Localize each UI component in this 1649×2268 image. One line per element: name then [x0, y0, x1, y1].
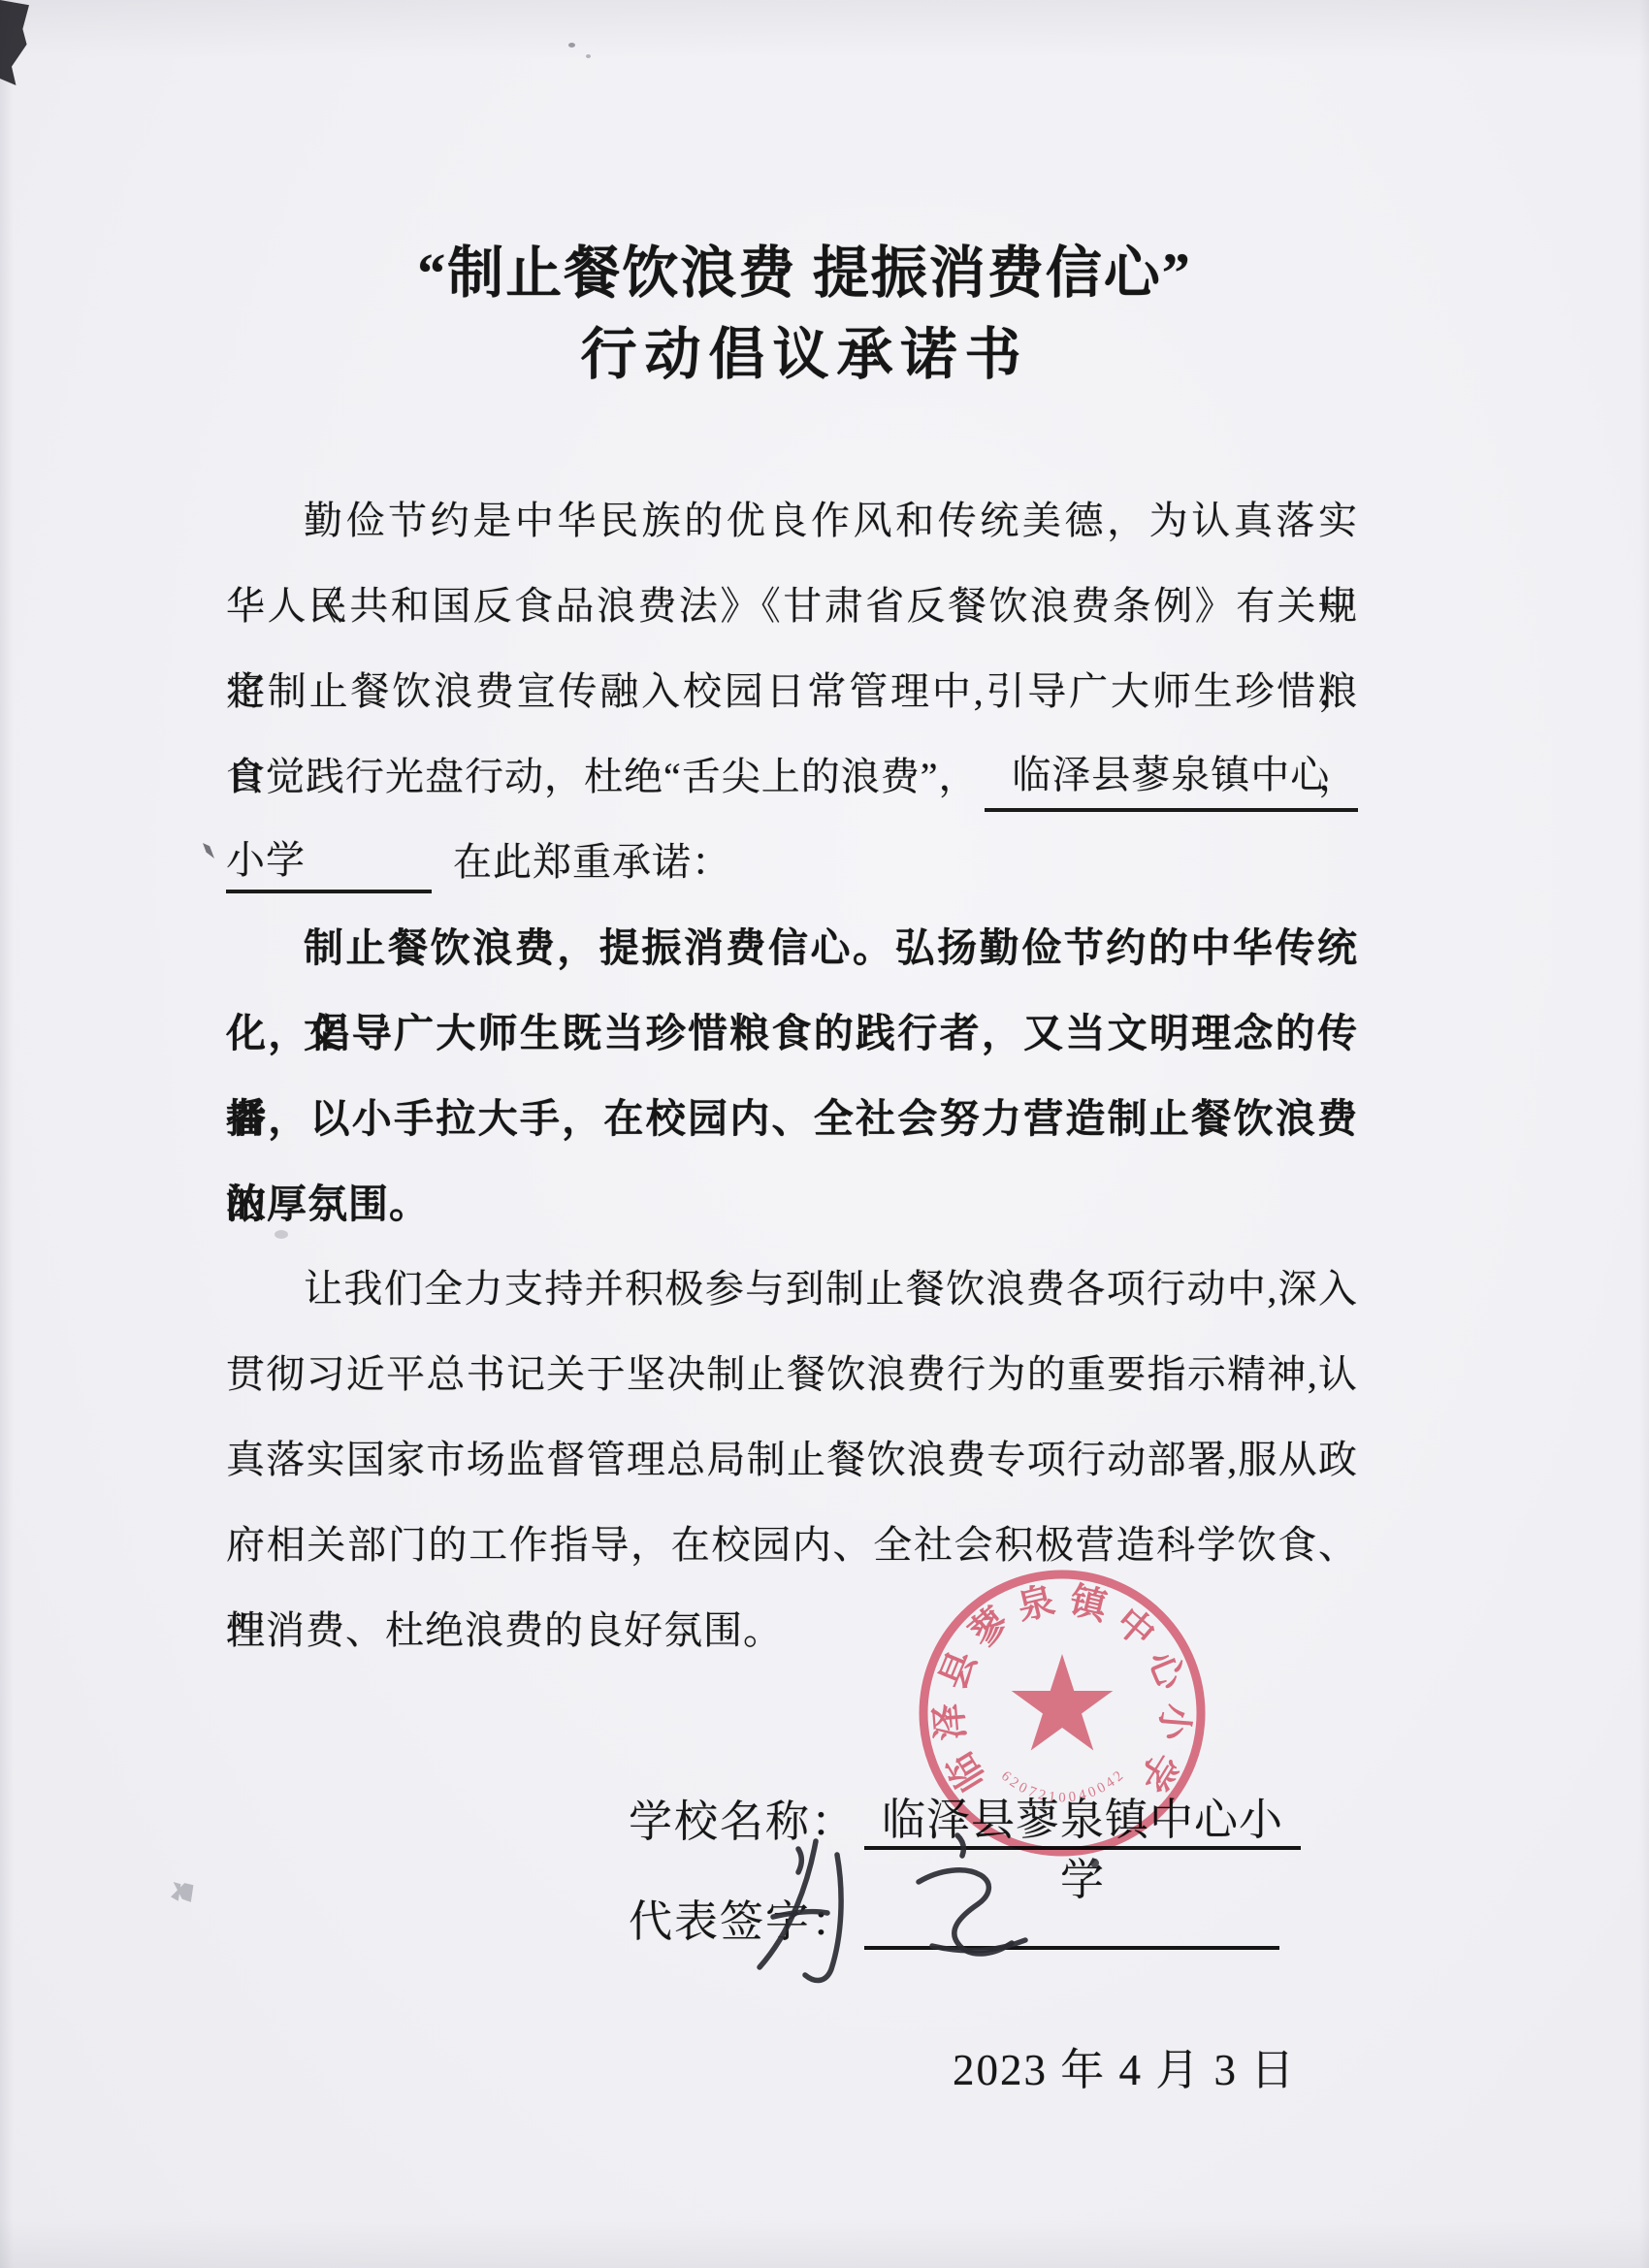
- svg-text:0: 0: [1058, 1790, 1066, 1805]
- body-line-with-blank: 小学在此郑重承诺：: [226, 820, 1358, 905]
- body-line: 勤俭节约是中华民族的优良作风和传统美德，为认真落实《中: [226, 478, 1358, 564]
- body-line-bold: 化，倡导广大师生既当珍惜粮食的践行者，又当文明理念的传播: [226, 990, 1358, 1076]
- body-text: 在此郑重承诺：: [453, 820, 731, 905]
- seal-code-digits: 6207210040042: [998, 1768, 1126, 1805]
- body-text: 自觉践行光盘行动，杜绝“舌尖上的浪费”，: [226, 734, 979, 820]
- filled-blank-school-name-part2: 小学: [226, 820, 432, 893]
- body-line-bold: 浓厚氛围。: [226, 1161, 1358, 1247]
- handwritten-signature: [713, 1822, 1091, 1987]
- body-line-bold: 制止餐饮浪费，提振消费信心。弘扬勤俭节约的中华传统文: [226, 905, 1358, 990]
- filled-blank-school-name-part1: 临泽县蓼泉镇中心: [985, 734, 1358, 812]
- document-body: 勤俭节约是中华民族的优良作风和传统美德，为认真落实《中 华人民共和国反食品浪费法…: [226, 478, 1358, 1673]
- seal-star-icon: [1012, 1654, 1114, 1751]
- svg-text:1: 1: [1048, 1789, 1056, 1805]
- official-red-seal-stamp: 临泽县蓼泉镇中心小学 6207210040042: [915, 1566, 1210, 1861]
- document-title-line1: “制止餐饮浪费 提振消费信心”: [226, 239, 1358, 308]
- svg-text:小: 小: [1151, 1701, 1195, 1742]
- scan-speck: [586, 54, 591, 58]
- body-line: 贯彻习近平总书记关于坚决制止餐饮浪费行为的重要指示精神,认: [226, 1332, 1358, 1417]
- body-line-with-blank: 自觉践行光盘行动，杜绝“舌尖上的浪费”，临泽县蓼泉镇中心: [226, 734, 1358, 820]
- body-line: 将制止餐饮浪费宣传融入校园日常管理中,引导广大师生珍惜粮食，: [226, 649, 1358, 734]
- body-line: 华人民共和国反食品浪费法》《甘肃省反餐饮浪费条例》有关规定，: [226, 564, 1358, 649]
- scan-ink-tick: [203, 843, 214, 859]
- scan-corner-mark: [0, 0, 29, 85]
- body-line-bold: 者，以小手拉大手，在校园内、全社会努力营造制止餐饮浪费的: [226, 1076, 1358, 1161]
- date-line: 2023 年 4 月 3 日: [953, 2043, 1296, 2097]
- svg-text:镇: 镇: [1065, 1580, 1114, 1629]
- scan-speck: [568, 43, 575, 48]
- svg-text:泉: 泉: [1014, 1580, 1059, 1629]
- svg-text:2: 2: [1036, 1787, 1047, 1803]
- scan-smudge: [171, 1882, 196, 1903]
- document-title-line2: 行动倡议承诺书: [226, 320, 1358, 390]
- body-line: 让我们全力支持并积极参与到制止餐饮浪费各项行动中,深入: [226, 1247, 1358, 1332]
- body-line: 真落实国家市场监督管理总局制止餐饮浪费专项行动部署,服从政: [226, 1417, 1358, 1503]
- scanned-document-page: “制止餐饮浪费 提振消费信心” 行动倡议承诺书 勤俭节约是中华民族的优良作风和传…: [0, 0, 1649, 2268]
- svg-text:0: 0: [1068, 1789, 1077, 1805]
- svg-text:泽: 泽: [929, 1701, 973, 1741]
